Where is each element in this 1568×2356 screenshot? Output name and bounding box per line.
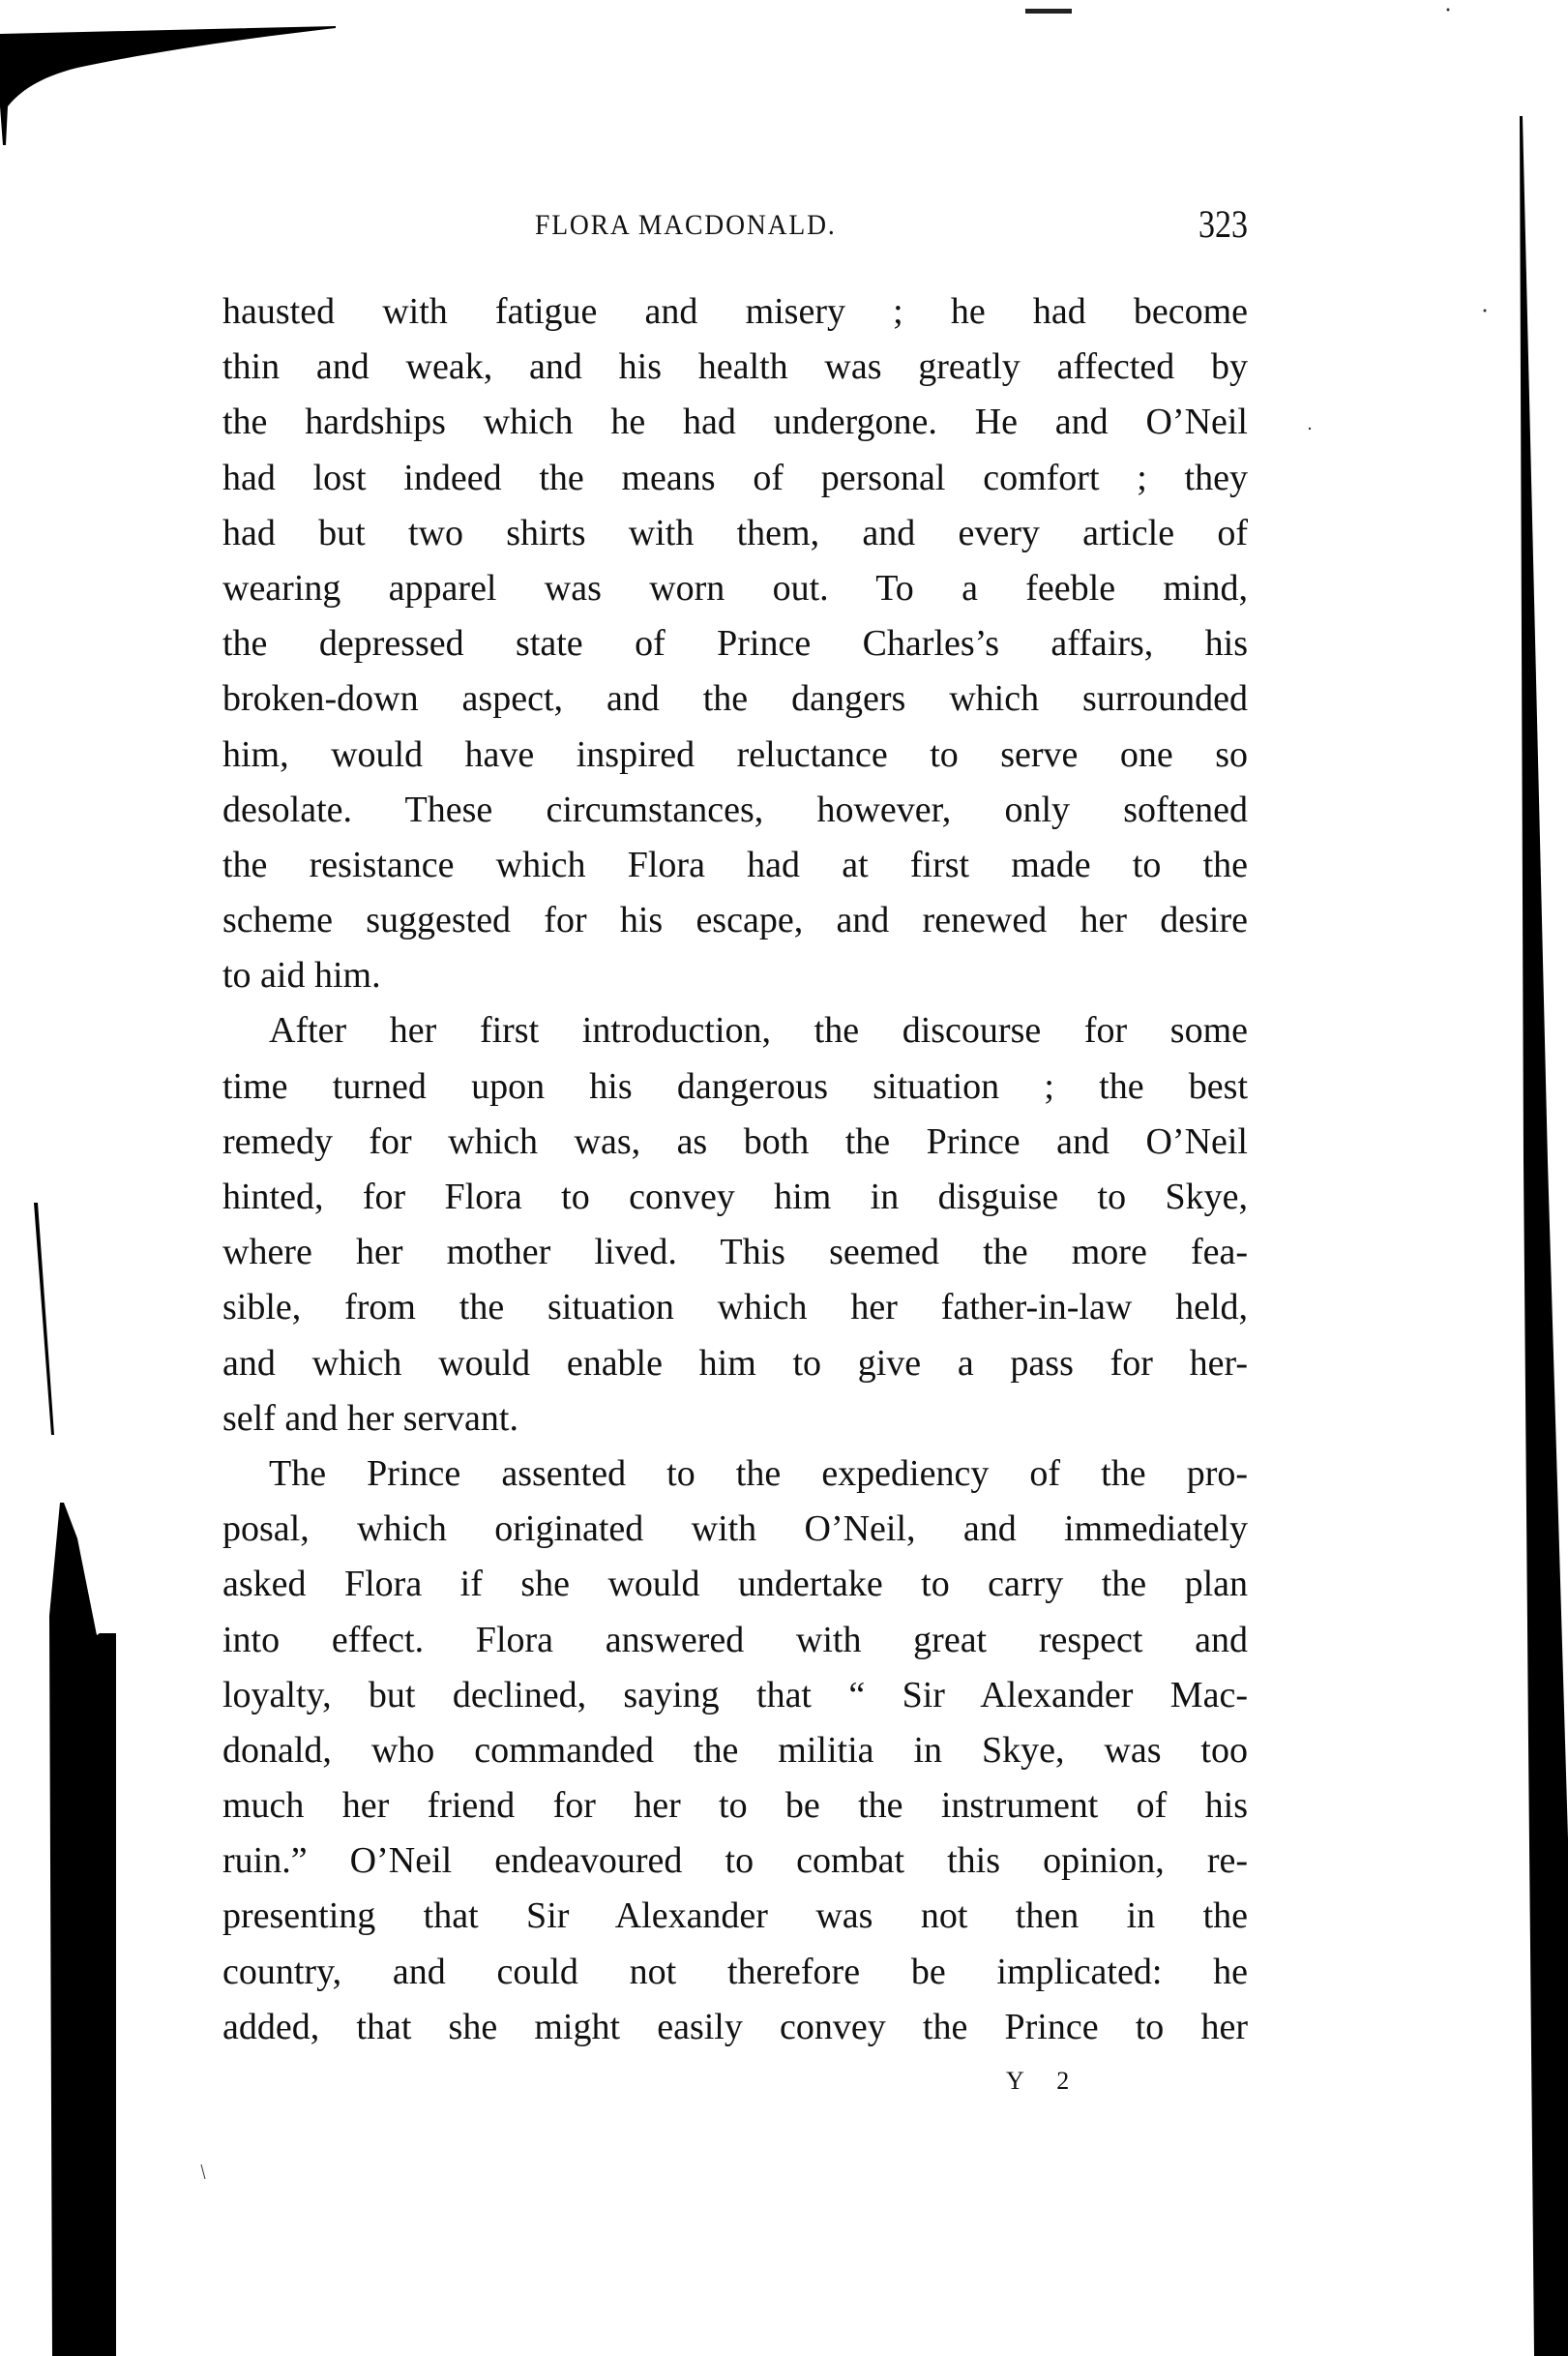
top-smudge xyxy=(1025,9,1072,14)
text-line: self and her servant. xyxy=(222,1391,1248,1446)
text-line: to aid him. xyxy=(222,948,1248,1003)
text-line: remedy for which was, as both the Prince… xyxy=(222,1115,1248,1170)
text-line: sible, from the situation which her fath… xyxy=(222,1280,1248,1335)
speck xyxy=(1484,310,1487,313)
text-line: thin and weak, and his health was greatl… xyxy=(222,340,1248,395)
text-line: presenting that Sir Alexander was not th… xyxy=(222,1889,1248,1944)
right-edge-band xyxy=(1520,116,1568,2356)
text-line: time turned upon his dangerous situation… xyxy=(222,1059,1248,1115)
text-line: broken-down aspect, and the dangers whic… xyxy=(222,671,1248,727)
text-line: and which would enable him to give a pas… xyxy=(222,1336,1248,1391)
text-line: where her mother lived. This seemed the … xyxy=(222,1225,1248,1280)
speck xyxy=(1309,428,1311,430)
text-line: into effect. Flora answered with great r… xyxy=(222,1613,1248,1668)
speck xyxy=(1447,9,1450,12)
text-line: hinted, for Flora to convey him in disgu… xyxy=(222,1170,1248,1225)
body-text: hausted with fatigue and misery ; he had… xyxy=(222,284,1248,2055)
left-edge-sliver xyxy=(34,1203,54,1435)
text-line: donald, who commanded the militia in Sky… xyxy=(222,1723,1248,1778)
text-line: desolate. These circumstances, however, … xyxy=(222,783,1248,838)
text-line: had lost indeed the means of personal co… xyxy=(222,451,1248,506)
text-line: ruin.” O’Neil endeavoured to combat this… xyxy=(222,1834,1248,1889)
text-line: added, that she might easily convey the … xyxy=(222,2000,1248,2055)
running-head: FLORA MACDONALD. 323 xyxy=(222,201,1248,248)
text-line: After her first introduction, the discou… xyxy=(222,1003,1248,1059)
left-edge-wedge xyxy=(49,1503,116,2356)
text-line: The Prince assented to the expediency of… xyxy=(222,1446,1248,1502)
text-line: scheme suggested for his escape, and ren… xyxy=(222,893,1248,948)
text-line: asked Flora if she would undertake to ca… xyxy=(222,1557,1248,1612)
text-line: the resistance which Flora had at first … xyxy=(222,838,1248,893)
signature-mark: Y 2 xyxy=(1006,2067,1082,2096)
text-line: much her friend for her to be the instru… xyxy=(222,1778,1248,1834)
speck xyxy=(201,2164,205,2179)
page-number: 323 xyxy=(1198,201,1248,247)
text-line: hausted with fatigue and misery ; he had… xyxy=(222,284,1248,340)
text-line: loyalty, but declined, saying that “ Sir… xyxy=(222,1668,1248,1723)
text-line: posal, which originated with O’Neil, and… xyxy=(222,1502,1248,1557)
top-left-edge-shadow xyxy=(0,26,336,145)
text-line: wearing apparel was worn out. To a feebl… xyxy=(222,561,1248,616)
text-line: the depressed state of Prince Charles’s … xyxy=(222,616,1248,671)
running-title: FLORA MACDONALD. xyxy=(535,209,837,242)
text-line: country, and could not therefore be impl… xyxy=(222,1945,1248,2000)
text-line: him, would have inspired reluctance to s… xyxy=(222,728,1248,783)
text-line: had but two shirts with them, and every … xyxy=(222,506,1248,561)
text-line: the hardships which he had undergone. He… xyxy=(222,395,1248,450)
